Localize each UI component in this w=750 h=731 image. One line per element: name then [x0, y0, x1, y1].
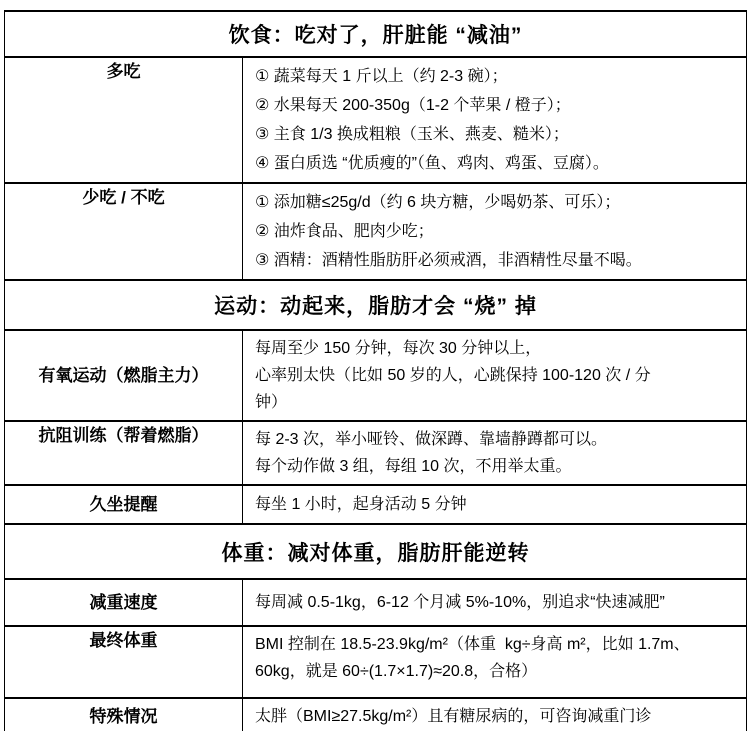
row-content-weight-loss-speed: 每周减 0.5-1kg，6-12 个月减 5%-10%，别追求“快速减肥”: [243, 579, 747, 626]
content-line: BMI 控制在 18.5-23.9kg/m²（体重 kg÷身高 m²，比如 1.…: [255, 631, 738, 658]
content-line: ③ 酒精：酒精性脂肪肝必须戒酒，非酒精性尽量不喝。: [255, 246, 738, 275]
content-line: 心率别太快（比如 50 岁的人，心跳保持 100-120 次 / 分: [255, 362, 738, 389]
content-line: ④ 蛋白质选 “优质瘦的”（鱼、鸡肉、鸡蛋、豆腐）。: [255, 149, 738, 178]
row-content-special-cases: 太胖（BMI≥27.5kg/m²）且有糖尿病的，可咨询减重门诊: [243, 698, 747, 731]
content-line: 60kg，就是 60÷(1.7×1.7)≈20.8，合格）: [255, 658, 738, 685]
document-page: 饮食：吃对了，肝脏能 “减油” 多吃 ① 蔬菜每天 1 斤以上（约 2-3 碗）…: [0, 0, 750, 731]
content-line: ① 蔬菜每天 1 斤以上（约 2-3 碗）；: [255, 62, 738, 91]
row-content-sitting-reminder: 每坐 1 小时，起身活动 5 分钟: [243, 485, 747, 524]
content-line: 每 2-3 次，举小哑铃、做深蹲、靠墙静蹲都可以。: [255, 426, 738, 453]
row-label-eat-less: 少吃 / 不吃: [5, 183, 243, 280]
row-label-weight-loss-speed: 减重速度: [5, 579, 243, 626]
content-line: 太胖（BMI≥27.5kg/m²）且有糖尿病的，可咨询减重门诊: [255, 703, 738, 730]
row-label-eat-more: 多吃: [5, 57, 243, 183]
content-line: 每周减 0.5-1kg，6-12 个月减 5%-10%，别追求“快速减肥”: [255, 589, 738, 616]
content-line: 每坐 1 小时，起身活动 5 分钟: [255, 491, 738, 518]
row-label-sitting-reminder: 久坐提醒: [5, 485, 243, 524]
content-line: 钟）: [255, 389, 738, 416]
row-content-target-weight: BMI 控制在 18.5-23.9kg/m²（体重 kg÷身高 m²，比如 1.…: [243, 626, 747, 698]
content-line: 每周至少 150 分钟，每次 30 分钟以上，: [255, 335, 738, 362]
content-line: ② 油炸食品、肥肉少吃；: [255, 217, 738, 246]
row-label-resistance: 抗阻训练（帮着燃脂）: [5, 421, 243, 485]
section-diet-title: 饮食：吃对了，肝脏能 “减油”: [5, 11, 747, 57]
row-content-eat-more: ① 蔬菜每天 1 斤以上（约 2-3 碗）； ② 水果每天 200-350g（1…: [243, 57, 747, 183]
row-label-aerobic: 有氧运动（燃脂主力）: [5, 330, 243, 421]
row-content-resistance: 每 2-3 次，举小哑铃、做深蹲、靠墙静蹲都可以。 每个动作做 3 组，每组 1…: [243, 421, 747, 485]
content-line: 每个动作做 3 组，每组 10 次，不用举太重。: [255, 453, 738, 480]
section-weight-title: 体重：减对体重，脂肪肝能逆转: [5, 524, 747, 579]
content-line: ② 水果每天 200-350g（1-2 个苹果 / 橙子）；: [255, 91, 738, 120]
content-line: ③ 主食 1/3 换成粗粮（玉米、燕麦、糙米）；: [255, 120, 738, 149]
content-line: ① 添加糖≤25g/d（约 6 块方糖，少喝奶茶、可乐）；: [255, 188, 738, 217]
row-content-eat-less: ① 添加糖≤25g/d（约 6 块方糖，少喝奶茶、可乐）； ② 油炸食品、肥肉少…: [243, 183, 747, 280]
row-label-target-weight: 最终体重: [5, 626, 243, 698]
row-content-aerobic: 每周至少 150 分钟，每次 30 分钟以上， 心率别太快（比如 50 岁的人，…: [243, 330, 747, 421]
row-label-special-cases: 特殊情况: [5, 698, 243, 731]
section-exercise-title: 运动：动起来，脂肪才会 “烧” 掉: [5, 280, 747, 330]
health-advice-table: 饮食：吃对了，肝脏能 “减油” 多吃 ① 蔬菜每天 1 斤以上（约 2-3 碗）…: [4, 10, 747, 731]
